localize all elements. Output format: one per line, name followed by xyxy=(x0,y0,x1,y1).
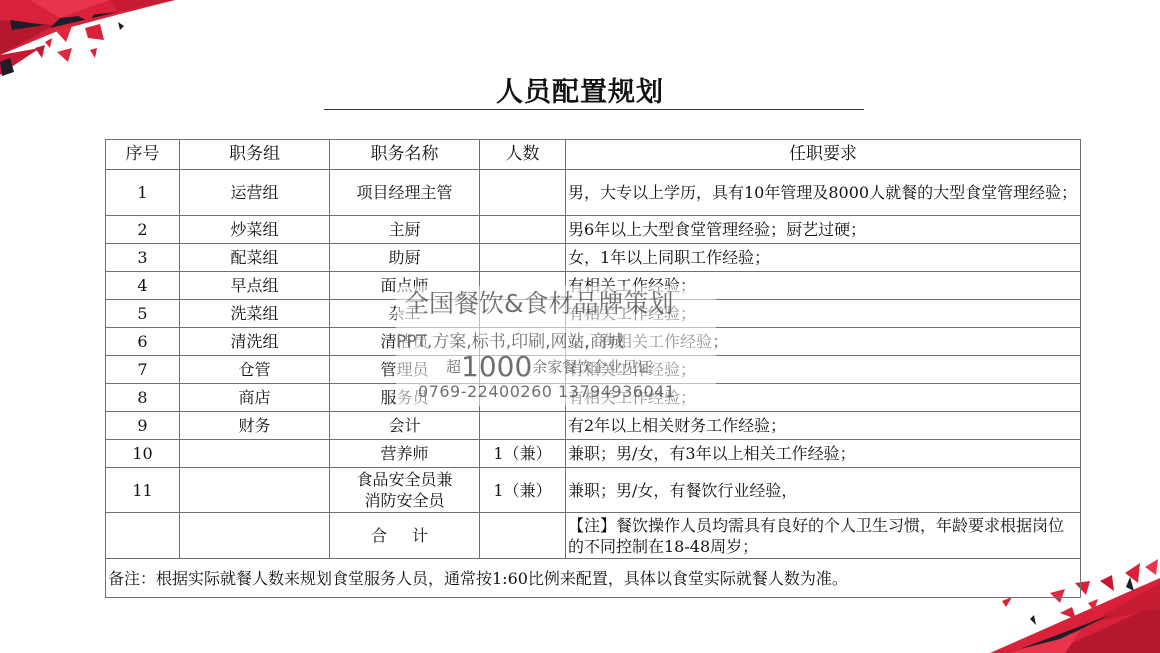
cell-no: 6 xyxy=(106,328,180,356)
cell-group: 清洗组 xyxy=(180,328,330,356)
cell-position: 清洁员 xyxy=(330,328,480,356)
header-group: 职务组 xyxy=(180,140,330,170)
cell-group: 洗菜组 xyxy=(180,300,330,328)
footer-note: 备注：根据实际就餐人数来规划食堂服务人员，通常按1:60比例来配置，具体以食堂实… xyxy=(106,559,1081,598)
staffing-plan-table: 序号 职务组 职务名称 人数 任职要求 1 运营组 项目经理主管 男，大专以上学… xyxy=(105,139,1081,598)
total-note: 【注】餐饮操作人员均需具有良好的个人卫生习惯，年龄要求根据岗位的不同控制在18-… xyxy=(566,513,1081,559)
cell-position: 服务员 xyxy=(330,384,480,412)
cell-position: 面点师 xyxy=(330,272,480,300)
header-requirement: 任职要求 xyxy=(566,140,1081,170)
cell-group: 炒菜组 xyxy=(180,216,330,244)
cell-no: 3 xyxy=(106,244,180,272)
cell-count: 1（兼） xyxy=(480,440,566,468)
cell-position: 杂工 xyxy=(330,300,480,328)
table-row: 1 运营组 项目经理主管 男，大专以上学历，具有10年管理及8000人就餐的大型… xyxy=(106,170,1081,216)
table-row: 11 食品安全员兼消防安全员 1（兼） 兼职；男/女，有餐饮行业经验， xyxy=(106,468,1081,513)
header-count: 人数 xyxy=(480,140,566,170)
total-row: 合 计 【注】餐饮操作人员均需具有良好的个人卫生习惯，年龄要求根据岗位的不同控制… xyxy=(106,513,1081,559)
cell-position: 会计 xyxy=(330,412,480,440)
table-header-row: 序号 职务组 职务名称 人数 任职要求 xyxy=(106,140,1081,170)
cell-no: 8 xyxy=(106,384,180,412)
cell-no: 10 xyxy=(106,440,180,468)
page-title: 人员配置规划 xyxy=(0,70,1160,109)
cell-requirement: 有相关工作经验； xyxy=(566,272,1081,300)
cell-position: 营养师 xyxy=(330,440,480,468)
cell-position: 项目经理主管 xyxy=(330,170,480,216)
cell-requirement: 兼职；男/女，有3年以上相关工作经验； xyxy=(566,440,1081,468)
table-row: 2 炒菜组 主厨 男6年以上大型食堂管理经验；厨艺过硬； xyxy=(106,216,1081,244)
cell-no: 2 xyxy=(106,216,180,244)
table-row: 9 财务 会计 有2年以上相关财务工作经验； xyxy=(106,412,1081,440)
cell-requirement: 有相关工作经验； xyxy=(566,356,1081,384)
cell-group: 运营组 xyxy=(180,170,330,216)
cell-count xyxy=(480,244,566,272)
header-no: 序号 xyxy=(106,140,180,170)
table-row: 6 清洗组 清洁员 女，有相关工作经验； xyxy=(106,328,1081,356)
cell-no: 4 xyxy=(106,272,180,300)
cell-no: 7 xyxy=(106,356,180,384)
cell-requirement: 有相关工作经验； xyxy=(566,384,1081,412)
cell-count xyxy=(480,300,566,328)
table-row: 8 商店 服务员 有相关工作经验； xyxy=(106,384,1081,412)
cell-requirement: 女，1年以上同职工作经验； xyxy=(566,244,1081,272)
cell-group: 商店 xyxy=(180,384,330,412)
cell-requirement: 男6年以上大型食堂管理经验；厨艺过硬； xyxy=(566,216,1081,244)
cell-requirement: 兼职；男/女，有餐饮行业经验， xyxy=(566,468,1081,513)
cell-group: 早点组 xyxy=(180,272,330,300)
cell-requirement: 男，大专以上学历，具有10年管理及8000人就餐的大型食堂管理经验； xyxy=(566,170,1081,216)
cell-position: 主厨 xyxy=(330,216,480,244)
table-row: 3 配菜组 助厨 女，1年以上同职工作经验； xyxy=(106,244,1081,272)
table-row: 4 早点组 面点师 有相关工作经验； xyxy=(106,272,1081,300)
cell-requirement: 有相关工作经验； xyxy=(566,300,1081,328)
table-row: 10 营养师 1（兼） 兼职；男/女，有3年以上相关工作经验； xyxy=(106,440,1081,468)
table-row: 5 洗菜组 杂工 有相关工作经验； xyxy=(106,300,1081,328)
cell-group: 仓管 xyxy=(180,356,330,384)
table-row: 7 仓管 管理员 有相关工作经验； xyxy=(106,356,1081,384)
cell-group xyxy=(180,468,330,513)
cell-no: 11 xyxy=(106,468,180,513)
cell-count xyxy=(480,356,566,384)
cell-no: 9 xyxy=(106,412,180,440)
cell-group: 配菜组 xyxy=(180,244,330,272)
cell-requirement: 有2年以上相关财务工作经验； xyxy=(566,412,1081,440)
cell-count xyxy=(480,328,566,356)
cell-empty xyxy=(106,513,180,559)
cell-count xyxy=(480,384,566,412)
total-label: 合 计 xyxy=(330,513,480,559)
cell-no: 1 xyxy=(106,170,180,216)
cell-empty xyxy=(180,513,330,559)
cell-count xyxy=(480,216,566,244)
cell-requirement: 女，有相关工作经验； xyxy=(566,328,1081,356)
cell-position: 食品安全员兼消防安全员 xyxy=(330,468,480,513)
cell-group: 财务 xyxy=(180,412,330,440)
cell-group xyxy=(180,440,330,468)
cell-count xyxy=(480,272,566,300)
cell-count xyxy=(480,170,566,216)
cell-count xyxy=(480,412,566,440)
cell-position: 助厨 xyxy=(330,244,480,272)
title-underline xyxy=(324,109,864,110)
footer-note-row: 备注：根据实际就餐人数来规划食堂服务人员，通常按1:60比例来配置，具体以食堂实… xyxy=(106,559,1081,598)
header-position: 职务名称 xyxy=(330,140,480,170)
cell-no: 5 xyxy=(106,300,180,328)
cell-count: 1（兼） xyxy=(480,468,566,513)
cell-empty xyxy=(480,513,566,559)
cell-position: 管理员 xyxy=(330,356,480,384)
red-polygon-decoration-top-left xyxy=(0,0,180,80)
